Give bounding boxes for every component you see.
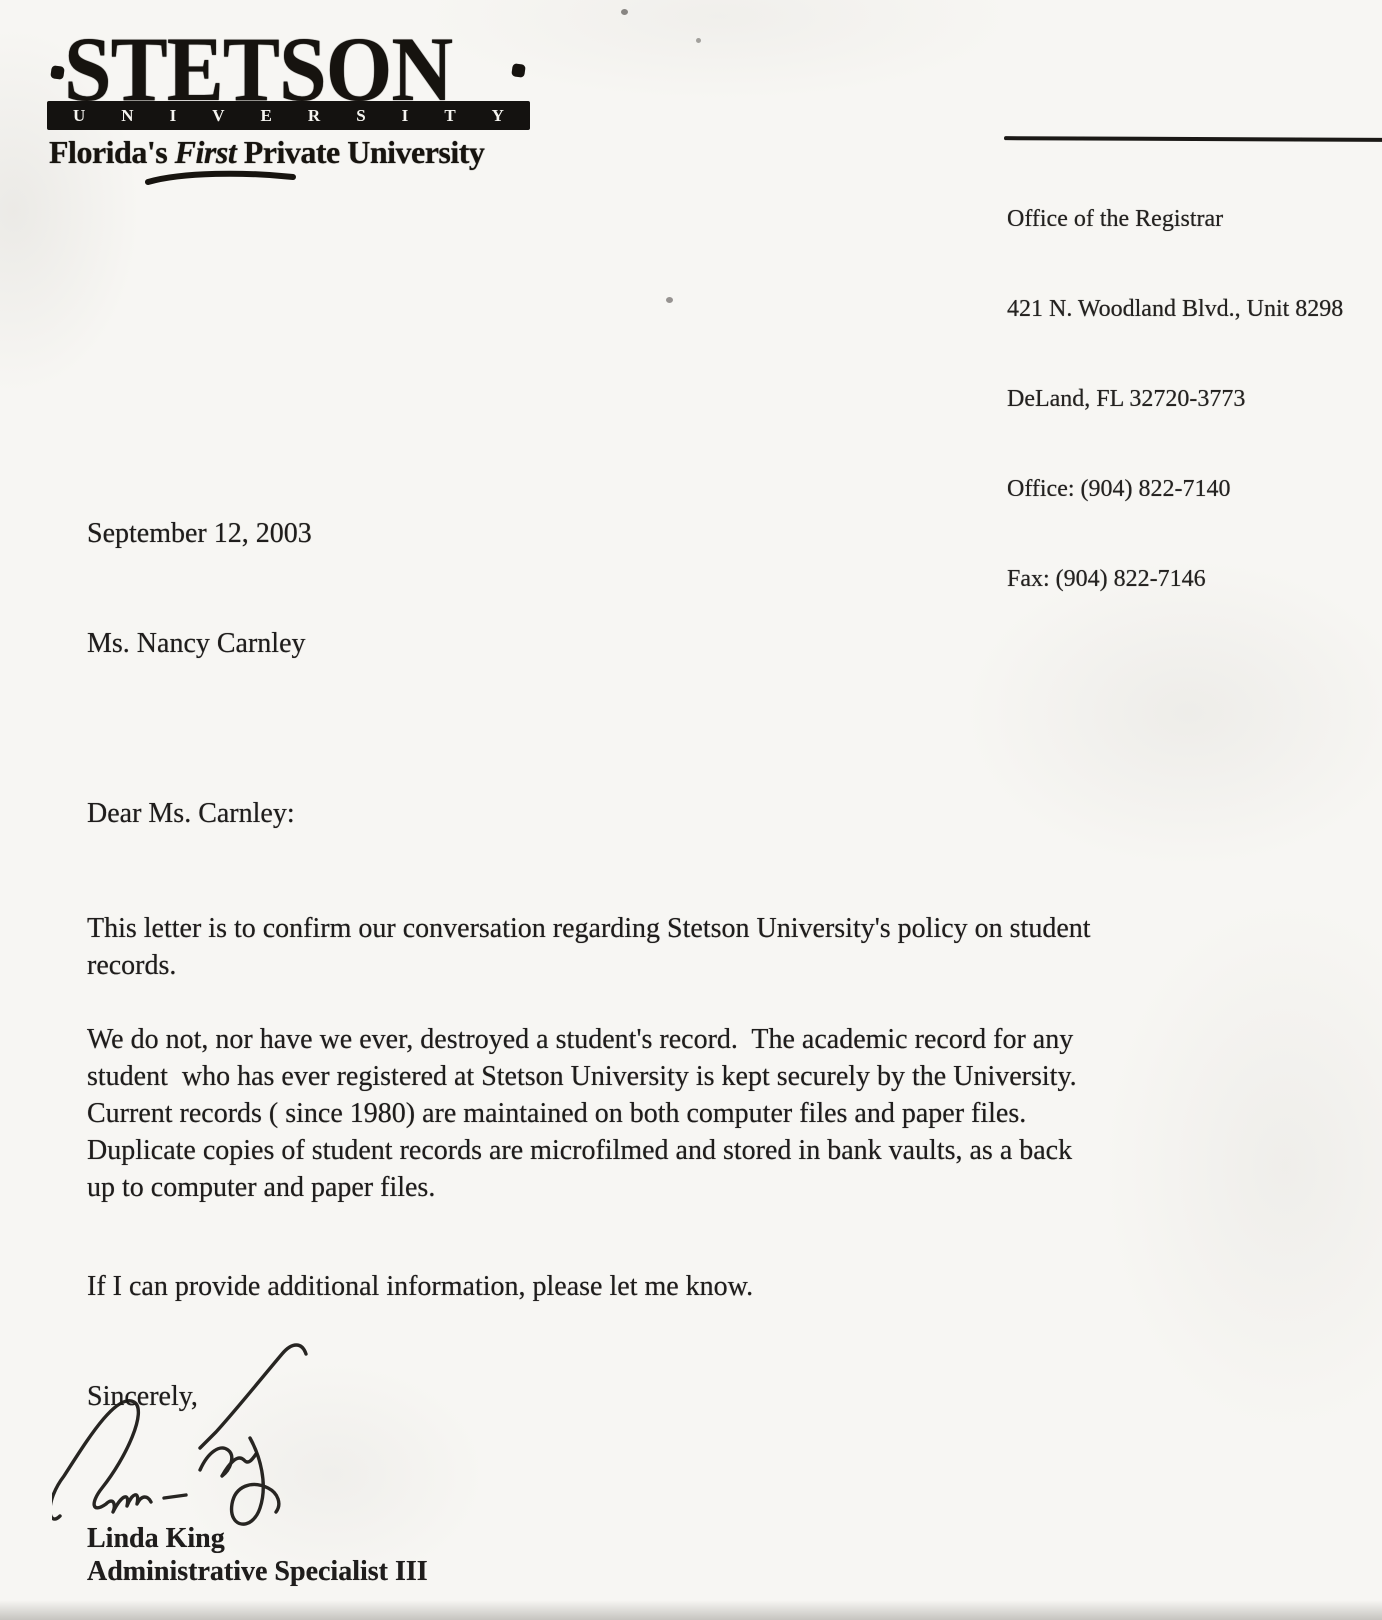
paragraph-line: student who has ever registered at Stets… <box>87 1058 1077 1095</box>
university-banner: UNIVERSITY <box>47 101 530 130</box>
tagline-underline-swoosh <box>145 170 297 186</box>
logo-left-dot-icon <box>50 65 65 80</box>
paragraph-line: up to computer and paper files. <box>87 1169 1077 1206</box>
paragraph-line: This letter is to confirm our conversati… <box>87 910 1091 947</box>
logo-right-dot-icon <box>511 63 526 78</box>
tagline-pre: Florida's <box>49 134 175 170</box>
scan-speck <box>666 297 673 303</box>
letter-recipient: Ms. Nancy Carnley <box>87 625 306 662</box>
letter-paragraph-1: This letter is to confirm our conversati… <box>87 910 1091 984</box>
signature-title: Administrative Specialist III <box>87 1553 428 1590</box>
registrar-office-line: Office of the Registrar <box>1007 204 1343 234</box>
letter-closing: Sincerely, <box>87 1378 198 1415</box>
scan-speck <box>696 38 701 43</box>
letter-salutation: Dear Ms. Carnley: <box>87 795 295 832</box>
tagline-post: Private University <box>236 134 484 170</box>
paragraph-line: If I can provide additional information,… <box>87 1268 753 1305</box>
scan-bottom-shadow <box>0 1600 1382 1620</box>
paragraph-line: records. <box>87 947 1091 984</box>
paragraph-line: Duplicate copies of student records are … <box>87 1132 1077 1169</box>
logo-tagline: Florida's First Private University <box>49 132 484 172</box>
letterhead-rule <box>1004 136 1382 142</box>
paragraph-line: We do not, nor have we ever, destroyed a… <box>87 1021 1077 1058</box>
address-line-1: 421 N. Woodland Blvd., Unit 8298 <box>1007 294 1343 324</box>
office-phone-line: Office: (904) 822-7140 <box>1007 474 1343 504</box>
signature-name: Linda King <box>87 1520 225 1557</box>
fax-line: Fax: (904) 822-7146 <box>1007 564 1343 594</box>
letter-paragraph-2: We do not, nor have we ever, destroyed a… <box>87 1021 1077 1206</box>
address-line-2: DeLand, FL 32720-3773 <box>1007 384 1343 414</box>
tagline-first-word: First <box>175 134 237 170</box>
scan-speck <box>621 9 628 15</box>
registrar-address-block: Office of the Registrar 421 N. Woodland … <box>1007 144 1343 654</box>
paragraph-line: Current records ( since 1980) are mainta… <box>87 1095 1077 1132</box>
scanned-letter-page: STETSON UNIVERSITY Florida's First Priva… <box>0 0 1382 1620</box>
letter-paragraph-3: If I can provide additional information,… <box>87 1268 753 1305</box>
letter-date: September 12, 2003 <box>87 515 312 552</box>
